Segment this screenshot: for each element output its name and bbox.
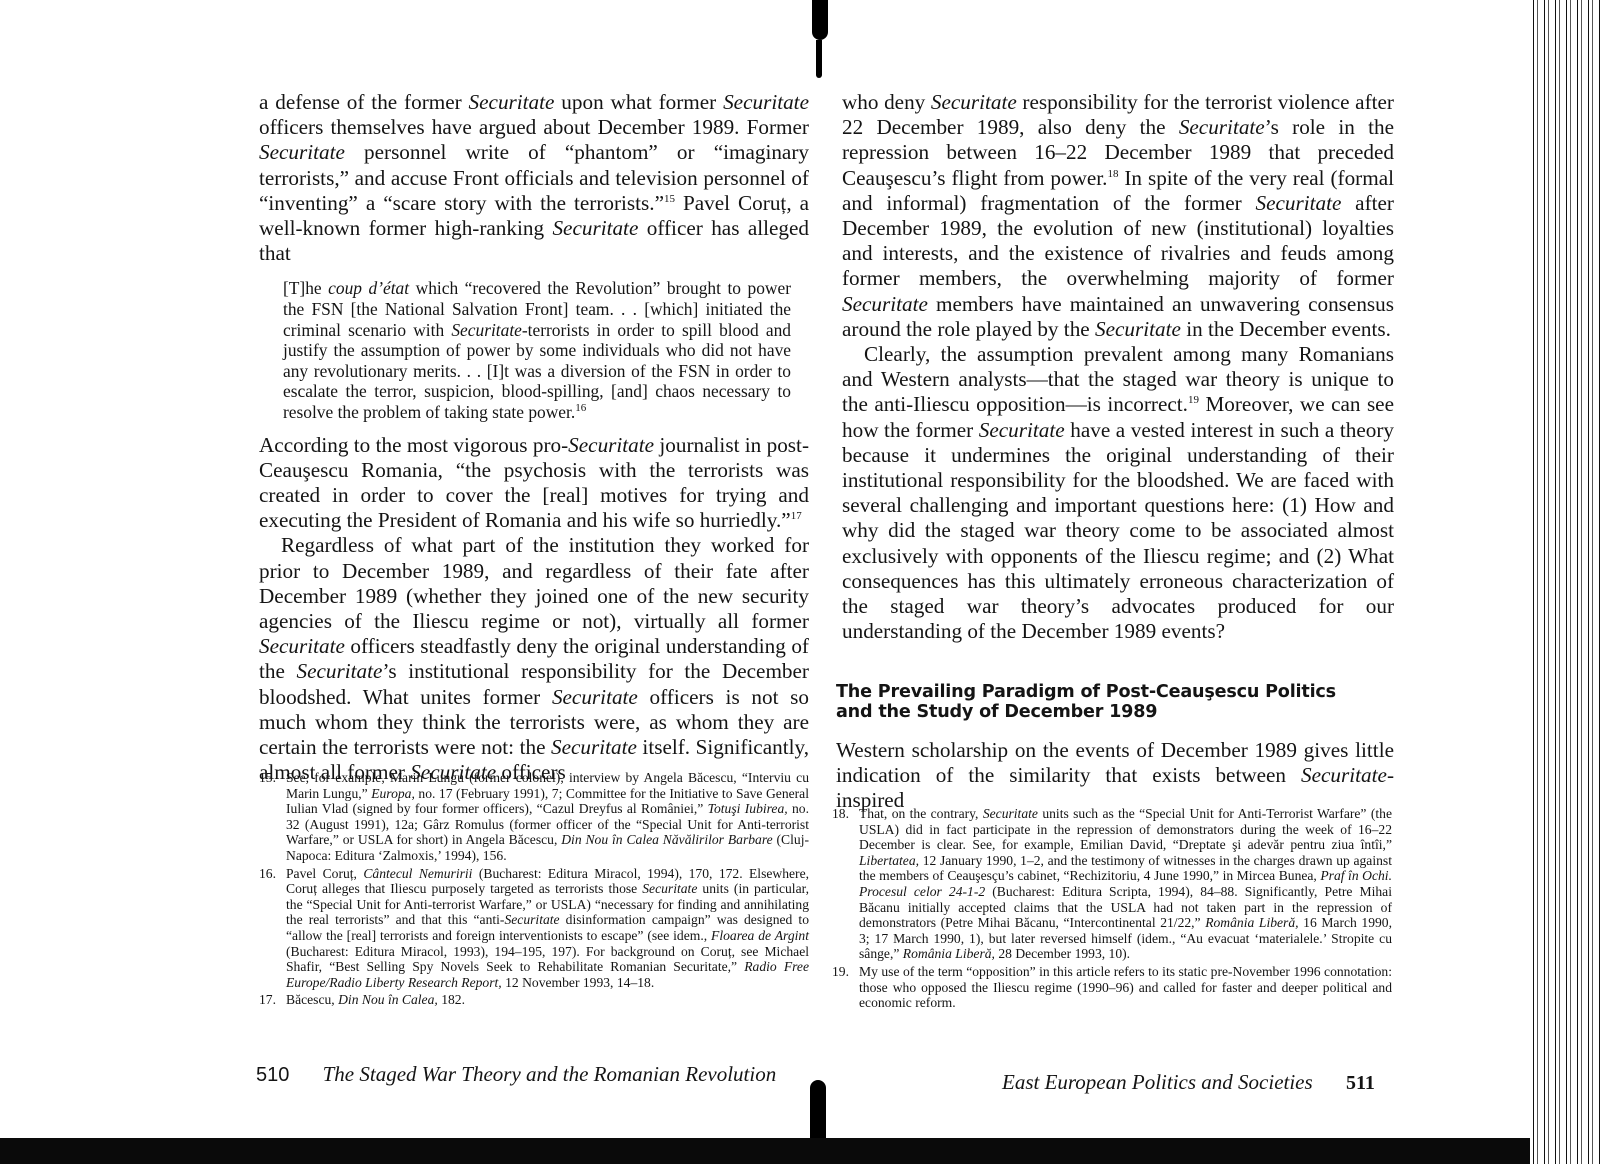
- paragraph: a defense of the former Securitate upon …: [259, 90, 809, 266]
- footnote: 18.That, on the contrary, Securitate uni…: [832, 806, 1392, 962]
- left-page-footer: 510 The Staged War Theory and the Romani…: [256, 1062, 776, 1087]
- footnote-number: 15.: [259, 770, 286, 864]
- paragraph: Regardless of what part of the instituti…: [259, 533, 809, 785]
- footnote: 16.Pavel Coruț, Cântecul Nemuririi (Buch…: [259, 866, 809, 991]
- footnote: 17.Băcescu, Din Nou în Calea, 182.: [259, 992, 809, 1008]
- footnote-ref: 18: [1107, 168, 1118, 180]
- footnote-number: 18.: [832, 806, 859, 962]
- right-page-footer: East European Politics and Societies 511: [1002, 1070, 1375, 1095]
- footnote: 15.See, for example, Marin Lungu (former…: [259, 770, 809, 864]
- footnote-number: 17.: [259, 992, 286, 1008]
- left-main-text: a defense of the former Securitate upon …: [259, 90, 809, 785]
- block-quote: [T]he coup d’état which “recovered the R…: [283, 278, 791, 422]
- right-main-text-2: Western scholarship on the events of Dec…: [836, 738, 1394, 814]
- right-footnotes: 18.That, on the contrary, Securitate uni…: [832, 806, 1392, 1013]
- heading-line: and the Study of December 1989: [836, 702, 1396, 722]
- footnote-text: My use of the term “opposition” in this …: [859, 964, 1392, 1011]
- paragraph: According to the most vigorous pro-Secur…: [259, 433, 809, 534]
- footnote-ref: 15: [664, 193, 675, 205]
- running-title: The Staged War Theory and the Romanian R…: [323, 1062, 777, 1086]
- scan-bottom-edge: [0, 1138, 1600, 1164]
- footnote: 19.My use of the term “opposition” in th…: [832, 964, 1392, 1011]
- paragraph: who deny Securitate responsibility for t…: [842, 90, 1394, 342]
- running-title: East European Politics and Societies: [1002, 1070, 1313, 1094]
- footnote-number: 16.: [259, 866, 286, 991]
- right-main-text: who deny Securitate responsibility for t…: [842, 90, 1394, 644]
- footnote-number: 19.: [832, 964, 859, 1011]
- left-page: a defense of the former Securitate upon …: [0, 0, 820, 1140]
- left-footnotes: 15.See, for example, Marin Lungu (former…: [259, 770, 809, 1010]
- section-heading: The Prevailing Paradigm of Post-Ceauşesc…: [836, 682, 1396, 722]
- footnote-text: Pavel Coruț, Cântecul Nemuririi (Buchare…: [286, 866, 809, 991]
- page-number: 510: [256, 1064, 289, 1086]
- page-number: 511: [1346, 1072, 1375, 1094]
- paragraph: Clearly, the assumption prevalent among …: [842, 342, 1394, 644]
- footnote-ref: 17: [791, 510, 802, 522]
- footnote-text: See, for example, Marin Lungu (former co…: [286, 770, 809, 864]
- footnote-text: Băcescu, Din Nou în Calea, 182.: [286, 992, 809, 1008]
- footnote-ref: 19: [1188, 394, 1199, 406]
- footnote-ref: 16: [575, 402, 586, 414]
- heading-line: The Prevailing Paradigm of Post-Ceauşesc…: [836, 682, 1396, 702]
- footnote-text: That, on the contrary, Securitate units …: [859, 806, 1392, 962]
- right-page: who deny Securitate responsibility for t…: [820, 0, 1600, 1140]
- paragraph: Western scholarship on the events of Dec…: [836, 738, 1394, 814]
